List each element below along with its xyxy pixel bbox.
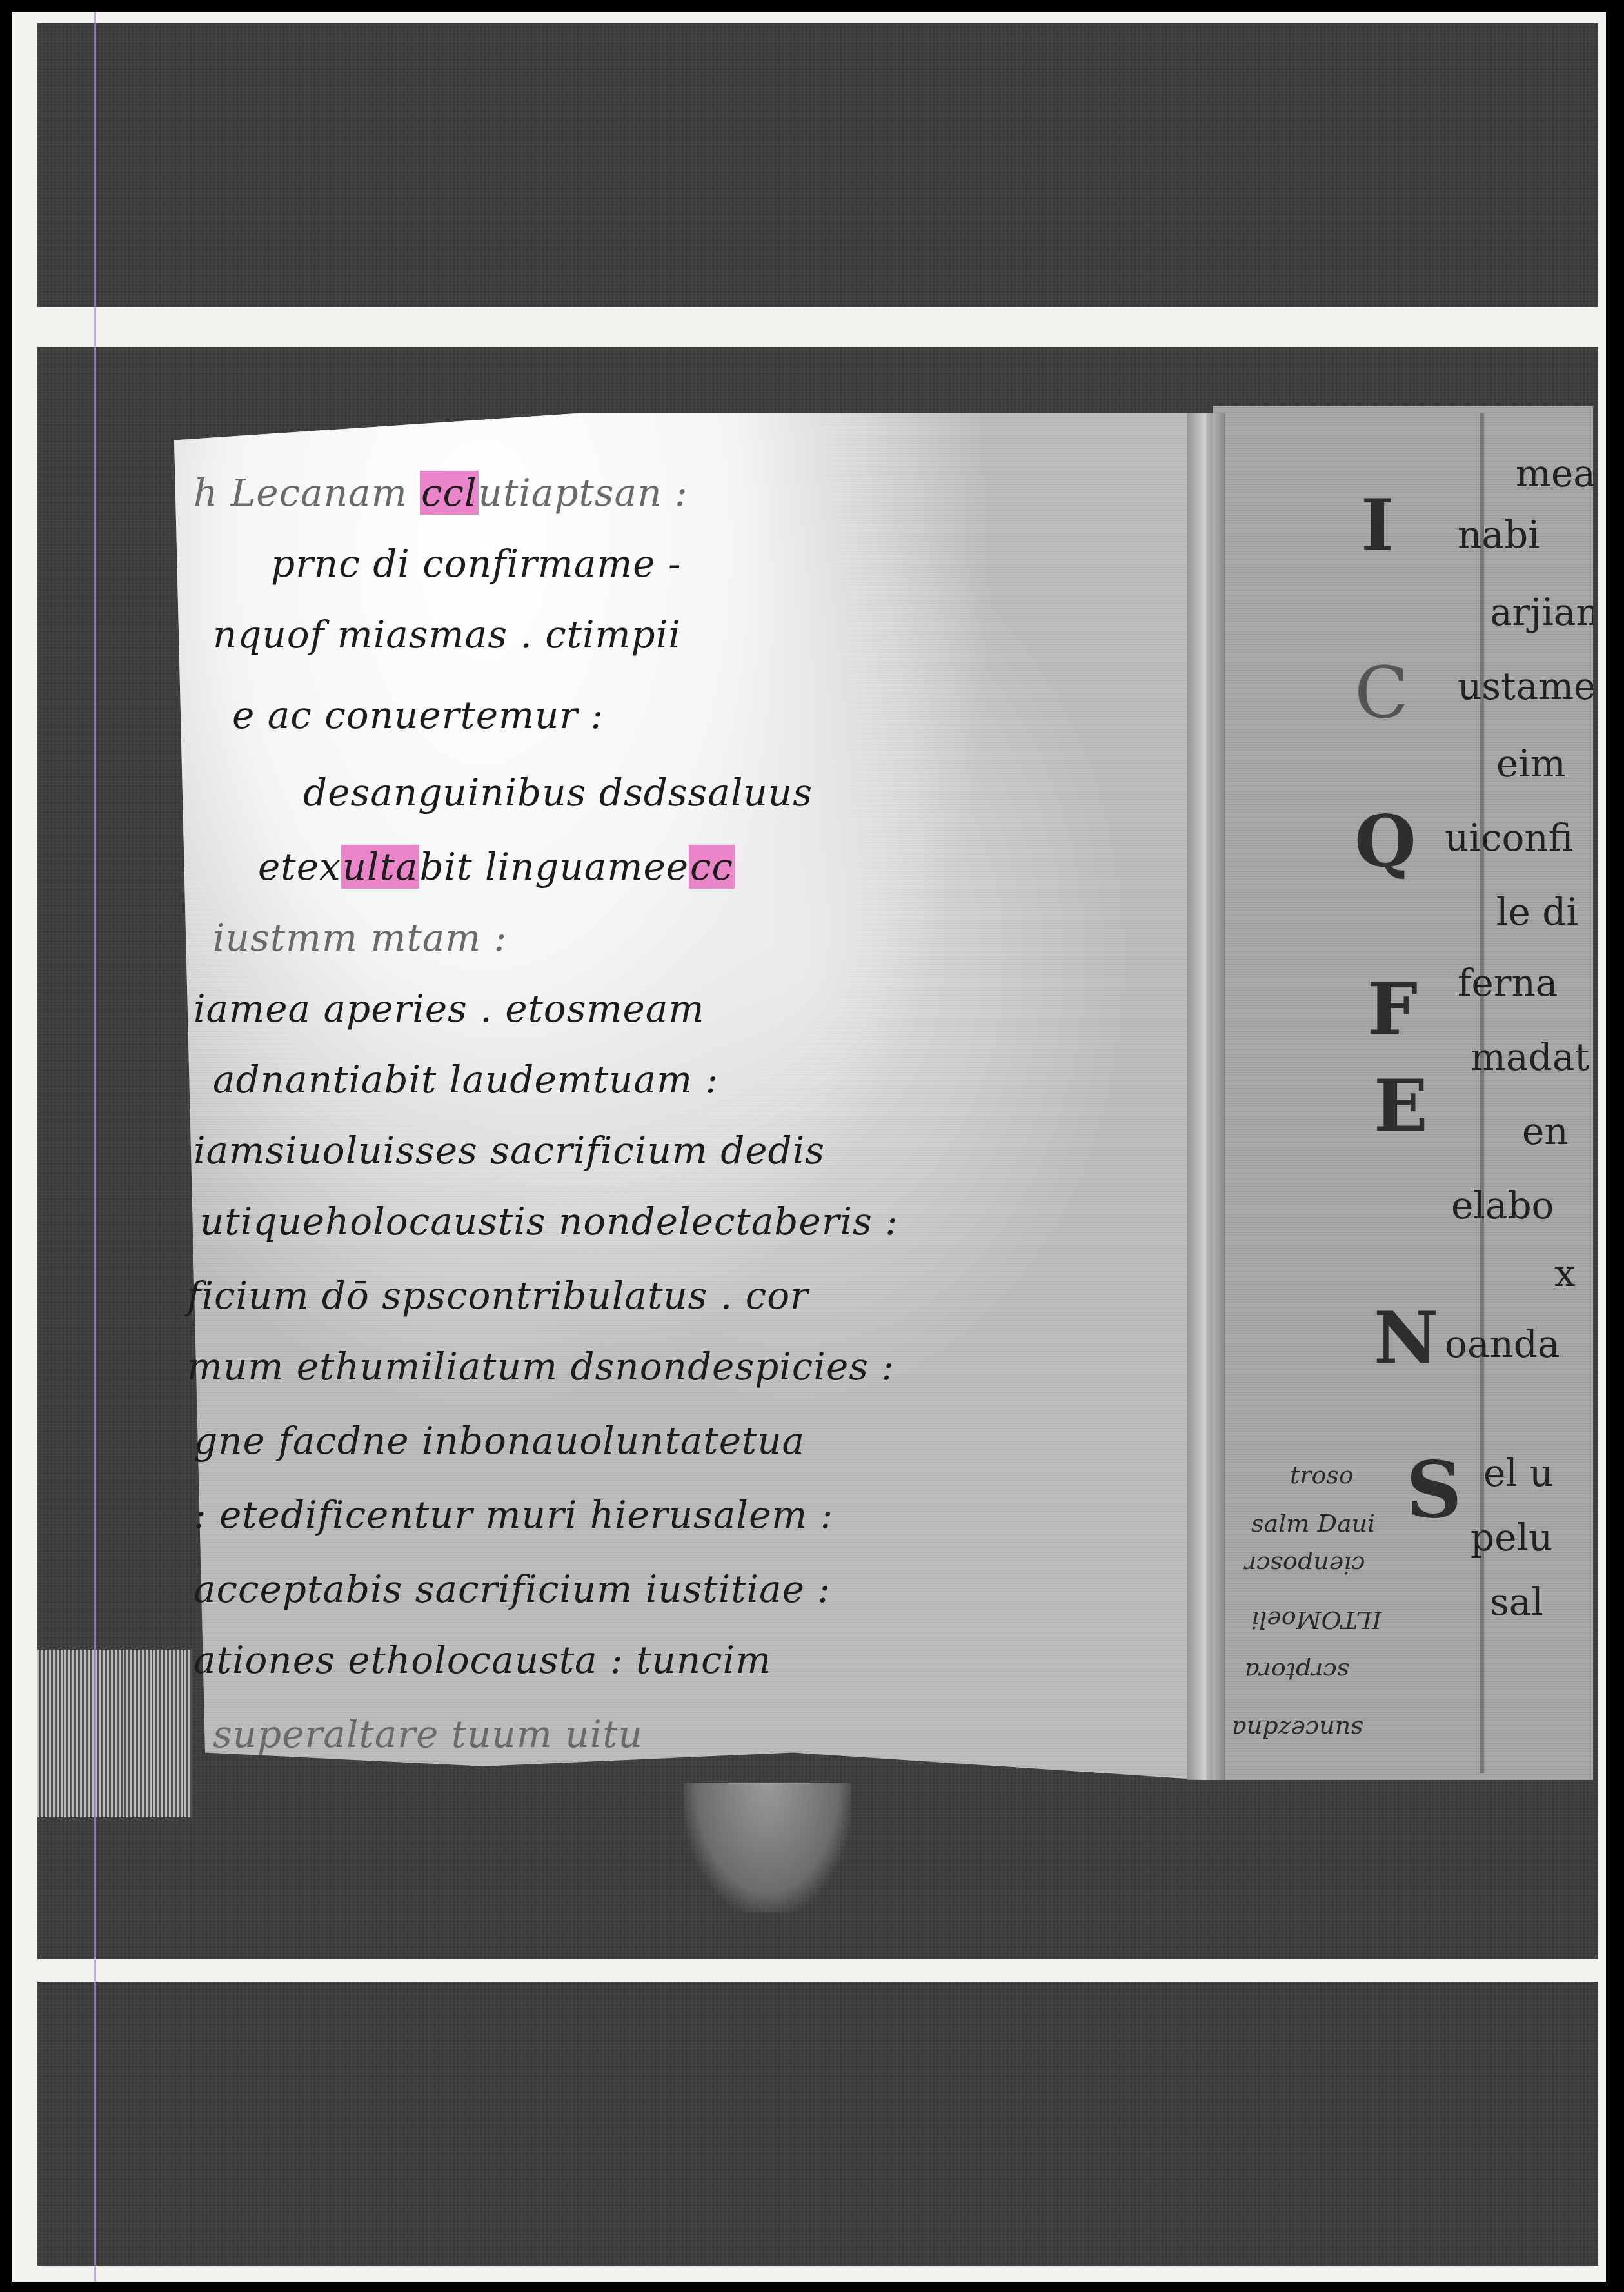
initial-letter: C (1354, 651, 1409, 734)
margin-guide-line (94, 12, 96, 2282)
text-line-18: superaltare tuum uitu (213, 1712, 643, 1756)
initial-letter: I (1361, 484, 1394, 567)
text-line-5: desanguinibus dsdssaluus (303, 771, 813, 815)
text-line-10: iamsiuoluisses sacrificium dedis (193, 1129, 825, 1172)
text-line-11: utiqueholocaustis nondelectaberis : (200, 1200, 898, 1243)
halftone-artifact (37, 1650, 192, 1817)
text-line-2: prnc di confirmame - (271, 542, 682, 586)
text-line-17: ationes etholocausta : tuncim (193, 1638, 771, 1682)
right-text-line: le di (1496, 890, 1578, 934)
marginal-gloss: scrptora (1245, 1657, 1349, 1686)
right-text-line: x (1554, 1251, 1576, 1295)
parchment-tear-flap (684, 1783, 851, 1912)
text-line-9: adnantiabit laudemtuam : (213, 1058, 718, 1102)
right-text-line: ferna (1458, 961, 1558, 1005)
right-text-line: el u (1483, 1451, 1554, 1495)
text-line-12: ficium dō spscontribulatus . cor (187, 1274, 809, 1318)
marginal-gloss: ILTOMoeli (1251, 1606, 1381, 1634)
text-line-14: gne facdne inbonauoluntatetua (193, 1419, 805, 1463)
right-page-content: I C Q F E N S mea nabi arjiam ustame eim… (1213, 406, 1593, 1780)
highlight-mark: ulta (341, 845, 420, 889)
initial-letter: Q (1354, 800, 1416, 883)
text-line-15: : etedificentur muri hierusalem : (193, 1493, 833, 1537)
right-text-line: madat (1471, 1035, 1590, 1079)
initial-letter: S (1406, 1445, 1462, 1536)
right-text-line: elabo (1451, 1183, 1554, 1227)
text-line-6: etexultabit linguameecc (258, 845, 735, 889)
text-line-16: acceptabis sacrificium iustitiae : (193, 1567, 831, 1611)
initial-letter: F (1367, 967, 1418, 1051)
initial-letter: E (1374, 1064, 1428, 1147)
right-text-line: oanda (1445, 1322, 1560, 1366)
text-line-3: nquof miasmas . ctimpii (213, 613, 681, 657)
highlight-mark: ccl (420, 471, 479, 515)
initial-letter: N (1374, 1296, 1439, 1379)
marginal-gloss: suncezdna (1232, 1715, 1363, 1744)
highlight-mark: cc (689, 845, 735, 889)
right-text-line: ustame (1458, 664, 1593, 708)
right-text-line: nabi (1458, 513, 1540, 557)
right-text-line: arjiam (1490, 590, 1593, 634)
dark-band-bottom (37, 1982, 1598, 2266)
marginal-gloss: troso (1290, 1461, 1354, 1489)
text-line-7: iustmm mtam : (213, 916, 507, 960)
right-text-line: uiconfi (1445, 816, 1573, 860)
marginal-gloss: cienposcr (1245, 1551, 1365, 1579)
right-text-line: pelu (1471, 1516, 1552, 1559)
right-text-line: mea (1516, 451, 1593, 495)
right-text-line: sal (1490, 1580, 1543, 1624)
marginal-gloss: salm Daui (1251, 1509, 1375, 1537)
dark-band-top (37, 23, 1598, 307)
text-line-4: e ac conuertemur : (232, 693, 604, 737)
text-line-1: h Lecanam cclutiaptsan : (193, 471, 688, 515)
text-line-8: iamea aperies . etosmeam (193, 987, 704, 1031)
right-text-line: en (1522, 1109, 1569, 1153)
right-text-line: eim (1496, 742, 1566, 785)
text-line-13: mum ethumiliatum dsnondespicies : (187, 1345, 895, 1388)
